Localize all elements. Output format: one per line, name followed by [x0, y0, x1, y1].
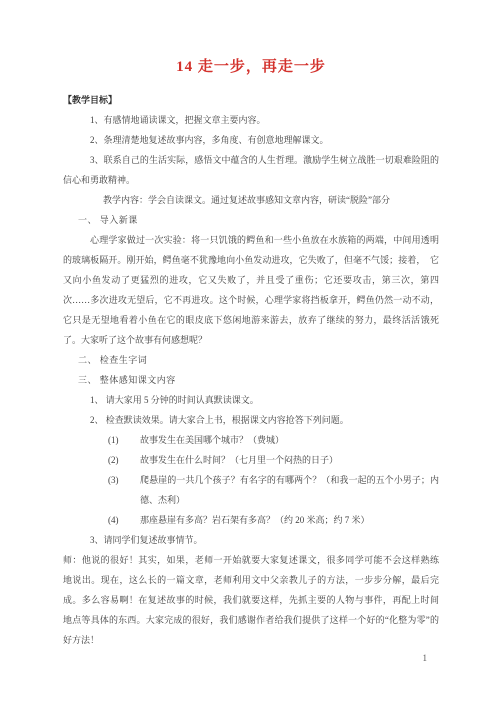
step-item-2: 2、 检查默读效果。请大家合上书，根据课文内容抢答下列问题。	[63, 410, 439, 430]
document-content: 14 走一步，再走一步 【教学目标】 1、有感情地诵读课文，把握文章主要内容。 …	[0, 0, 500, 650]
qa-number: (2)	[108, 450, 140, 470]
objective-item-3: 3、联系自己的生活实际，感悟文中蕴含的人生哲理。激励学生树立战胜一切艰难险阻的信…	[63, 150, 439, 190]
qa-number: (4)	[108, 510, 140, 530]
document-page: 14 走一步，再走一步 【教学目标】 1、有感情地诵读课文，把握文章主要内容。 …	[0, 0, 500, 707]
page-number: 1	[423, 648, 428, 668]
qa-item-2: (2)故事发生在什么时间？（七月里一个闷热的日子）	[63, 450, 439, 470]
section-heading-1: 一、 导入新课	[63, 210, 439, 230]
qa-item-4: (4)那座悬崖有多高？岩石架有多高？（约 20 米高；约 7 米）	[63, 510, 439, 530]
qa-text: 爬悬崖的一共几个孩子？有名字的有哪两个？（和我一起的五个小男子；内德、杰利）	[140, 475, 439, 505]
qa-item-3: (3)爬悬崖的一共几个孩子？有名字的有哪两个？（和我一起的五个小男子；内德、杰利…	[63, 470, 439, 510]
qa-text: 故事发生在美国哪个城市？（费城）	[140, 435, 284, 445]
section-heading-2: 二、 检查生字词	[63, 350, 439, 370]
qa-text: 那座悬崖有多高？岩石架有多高？（约 20 米高；约 7 米）	[140, 515, 370, 525]
objective-item-1: 1、有感情地诵读课文，把握文章主要内容。	[63, 110, 439, 130]
qa-number: (3)	[108, 470, 140, 490]
document-title: 14 走一步，再走一步	[63, 55, 439, 79]
step-item-3: 3、请同学们复述故事情节。	[63, 530, 439, 550]
qa-text: 故事发生在什么时间？（七月里一个闷热的日子）	[140, 455, 338, 465]
objectives-heading: 【教学目标】	[63, 90, 439, 110]
qa-item-1: (1)故事发生在美国哪个城市？（费城）	[63, 430, 439, 450]
teacher-comment-paragraph: 师：他说的很好！其实，如果，老师一开始就要大家复述课文，很多同学可能不会这样熟练…	[63, 550, 439, 650]
objective-item-2: 2、条理清楚地复述故事内容，多角度、有创意地理解课文。	[63, 130, 439, 150]
teaching-content-line: 教学内容：学会自读课文。通过复述故事感知文章内容，研读“脱险”部分	[63, 190, 439, 210]
step-item-1: 1、 请大家用 5 分钟的时间认真默读课文。	[63, 390, 439, 410]
intro-paragraph: 心理学家做过一次实验：将一只饥饿的鳄鱼和一些小鱼放在水族箱的两端，中间用透明的玻…	[63, 230, 439, 350]
section-heading-3: 三、 整体感知课文内容	[63, 370, 439, 390]
qa-number: (1)	[108, 430, 140, 450]
